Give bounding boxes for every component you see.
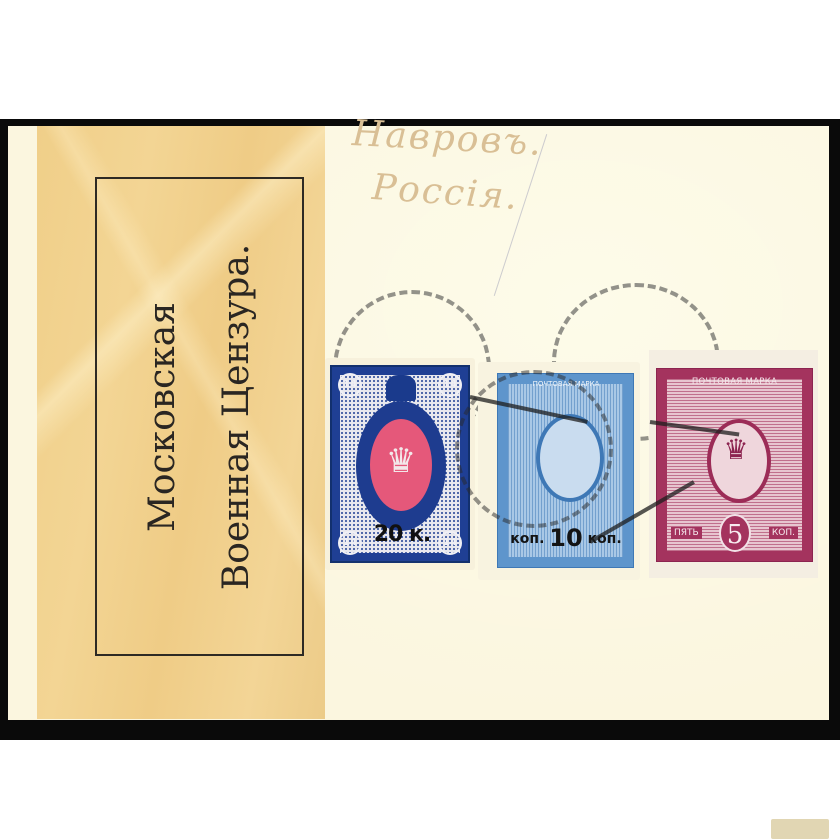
censor-label-line2: Военная Цензура.: [200, 243, 274, 590]
stamp-14k-overprint: ♛ 14 14 14 14 20 к.: [330, 365, 470, 563]
stamp-5k: ПОЧТОВАЯ МАРКА ♛ ПЯТЬ 5 КОП.: [656, 368, 813, 562]
double-eagle-icon: ♛: [719, 433, 753, 466]
stamp-banner: ПОЧТОВАЯ МАРКА: [667, 377, 802, 387]
stamp-value-unit: КОП.: [769, 527, 798, 539]
paper-stain: [771, 819, 829, 839]
overprint-value: 10: [549, 524, 582, 552]
censor-label: Московская Военная Цензура.: [37, 126, 325, 719]
stamp-value-number: 5: [719, 514, 751, 552]
crown-icon: [386, 375, 416, 401]
postmark-circle: [455, 370, 613, 528]
double-eagle-icon: ♛: [382, 439, 420, 483]
censor-label-text: Московская Военная Цензура.: [126, 243, 274, 590]
censor-label-box: Московская Военная Цензура.: [95, 177, 304, 656]
overprint-prefix: коп.: [510, 531, 544, 547]
censor-label-line1: Московская: [126, 243, 200, 590]
corner-value: 14: [338, 373, 362, 397]
stamp-value-word: ПЯТЬ: [671, 527, 702, 539]
stamp-overprint: 20 к.: [332, 522, 470, 547]
corner-value: 14: [438, 373, 462, 397]
